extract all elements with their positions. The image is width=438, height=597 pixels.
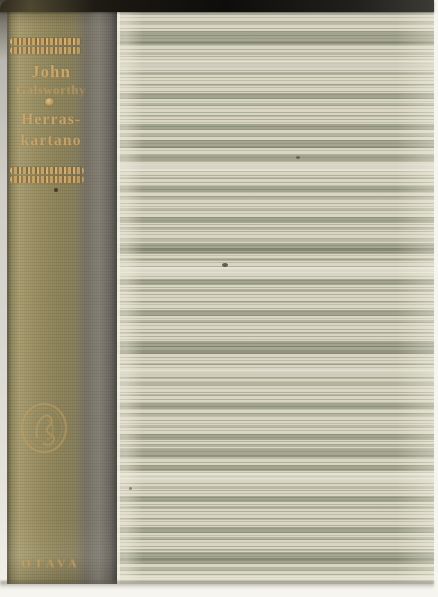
foxing-speck	[129, 487, 132, 490]
striped-front-cover	[117, 0, 434, 584]
spine-hinge-shadow	[75, 0, 117, 584]
gilt-double-rule-below-title	[10, 167, 84, 174]
book-top-edge-fade	[0, 0, 108, 12]
book-photo: John Galsworthy Herras- kartano OTAVA	[0, 0, 438, 597]
author-monogram-icon	[17, 398, 73, 460]
book-bottom-edge-shadow	[0, 581, 434, 589]
gilt-double-rule-top	[10, 38, 81, 45]
foxing-speck	[54, 188, 58, 192]
gilt-double-rule-below-title	[10, 176, 84, 183]
book-spine: John Galsworthy Herras- kartano OTAVA	[7, 0, 117, 584]
gilt-double-rule-top	[10, 47, 81, 54]
foxing-speck	[296, 156, 300, 159]
foxing-speck	[222, 263, 228, 267]
gilt-dot-ornament-icon	[45, 98, 54, 106]
